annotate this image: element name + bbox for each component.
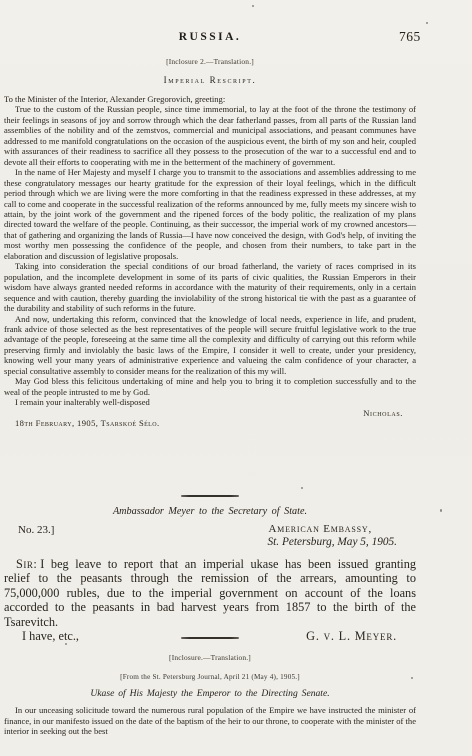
letter-headrow: No. 23.] American Embassy, St. Petersbur… [4,523,416,553]
letter-salutation: Sir: [16,557,37,571]
ukase-heading: Ukase of His Majesty the Emperor to the … [4,688,416,699]
letter-heading: Ambassador Meyer to the Secretary of Sta… [4,506,416,517]
rescript-paragraph: May God bless this felicitous undertakin… [4,376,416,397]
ukase-paragraph: In our unceasing solicitude toward the n… [4,705,416,737]
inclosure-source-label: [From the St. Petersburg Journal, April … [4,673,416,681]
letter-paragraph-text: I beg leave to report that an imperial u… [4,557,416,629]
ukase-body: In our unceasing solicitude toward the n… [4,705,416,737]
scan-speck [252,5,254,7]
letter-paragraph: Sir:I beg leave to report that an imperi… [4,557,416,629]
inclosure-2-label: [Inclosure 2.—Translation.] [4,57,416,66]
scanned-book-page: 765 RUSSIA. [Inclosure 2.—Translation.] … [0,0,472,756]
scan-speck [301,487,303,489]
inclosure-label: [Inclosure.—Translation.] [4,653,416,662]
rescript-paragraph: And now, undertaking this reform, convin… [4,314,416,377]
inclosure-section: [Inclosure.—Translation.] [From the St. … [4,630,416,737]
page-title: RUSSIA. [4,31,416,43]
letter-date: St. Petersburg, May 5, 1905. [4,536,416,548]
section-divider [181,637,239,639]
letter-doc-number: No. 23.] [18,524,54,536]
rescript-paragraph: True to the custom of the Russian people… [4,104,416,167]
page-content: RUSSIA. [Inclosure 2.—Translation.] Impe… [4,0,416,429]
scan-speck [411,677,413,679]
imperial-rescript-heading: Imperial Rescript. [4,75,416,85]
scan-speck [426,22,428,24]
rescript-salutation: To the Minister of the Interior, Alexand… [4,94,416,104]
rescript-paragraph: Taking into consideration the special co… [4,261,416,313]
meyer-letter-section: Ambassador Meyer to the Secretary of Sta… [4,488,416,644]
letter-body: Sir:I beg leave to report that an imperi… [4,557,416,629]
rescript-closing: I remain your inalterably well-disposed [4,397,416,407]
scan-speck [440,509,442,512]
rescript-paragraph: In the name of Her Majesty and myself I … [4,167,416,261]
scan-speck [65,643,67,645]
rescript-signature: Nicholas. [4,408,416,418]
rescript-dateline: 18th February, 1905, Tsarskoé Sélo. [4,418,416,428]
imperial-rescript-body: To the Minister of the Interior, Alexand… [4,94,416,429]
section-divider [181,495,239,497]
letter-place: American Embassy, [4,523,416,535]
